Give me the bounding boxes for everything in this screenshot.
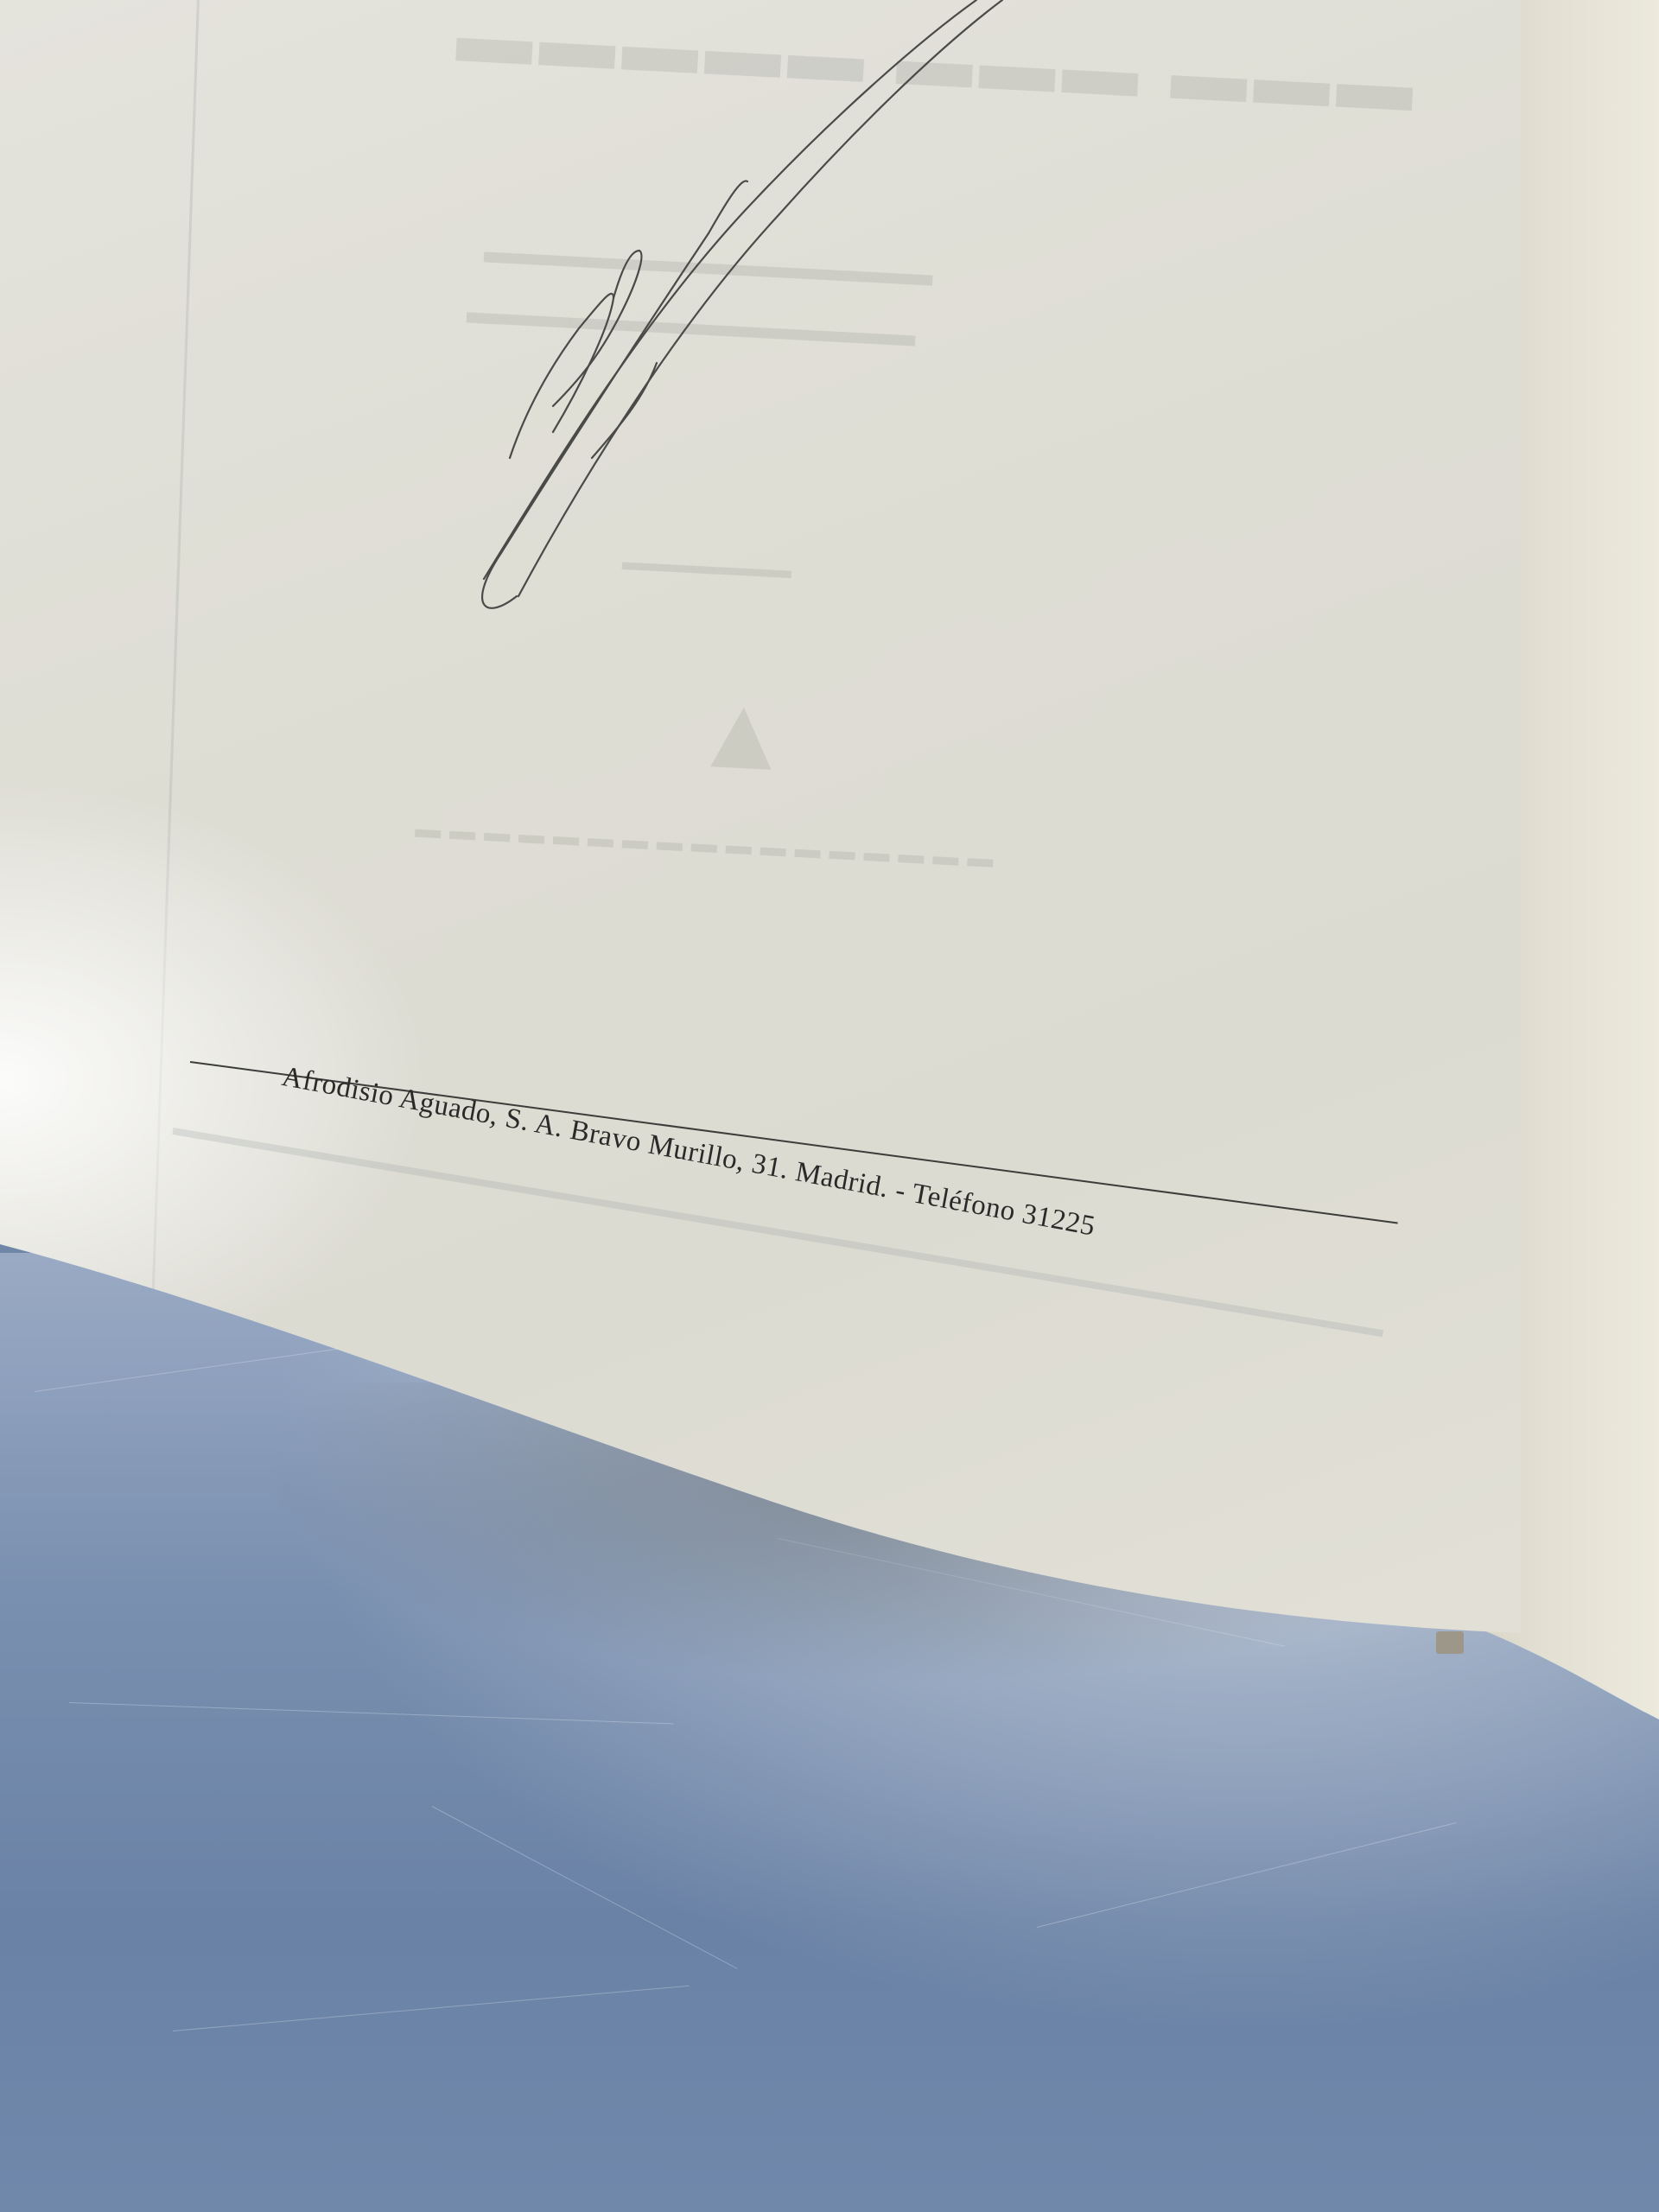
book-corner-tab xyxy=(1436,1631,1464,1654)
scratch xyxy=(432,1806,738,1969)
show-through-emblem: ▲ xyxy=(688,671,797,796)
scratch xyxy=(173,1986,690,2031)
scratch xyxy=(69,1702,674,1724)
scratch xyxy=(1037,1822,1456,1928)
pencil-signature xyxy=(449,0,1227,639)
